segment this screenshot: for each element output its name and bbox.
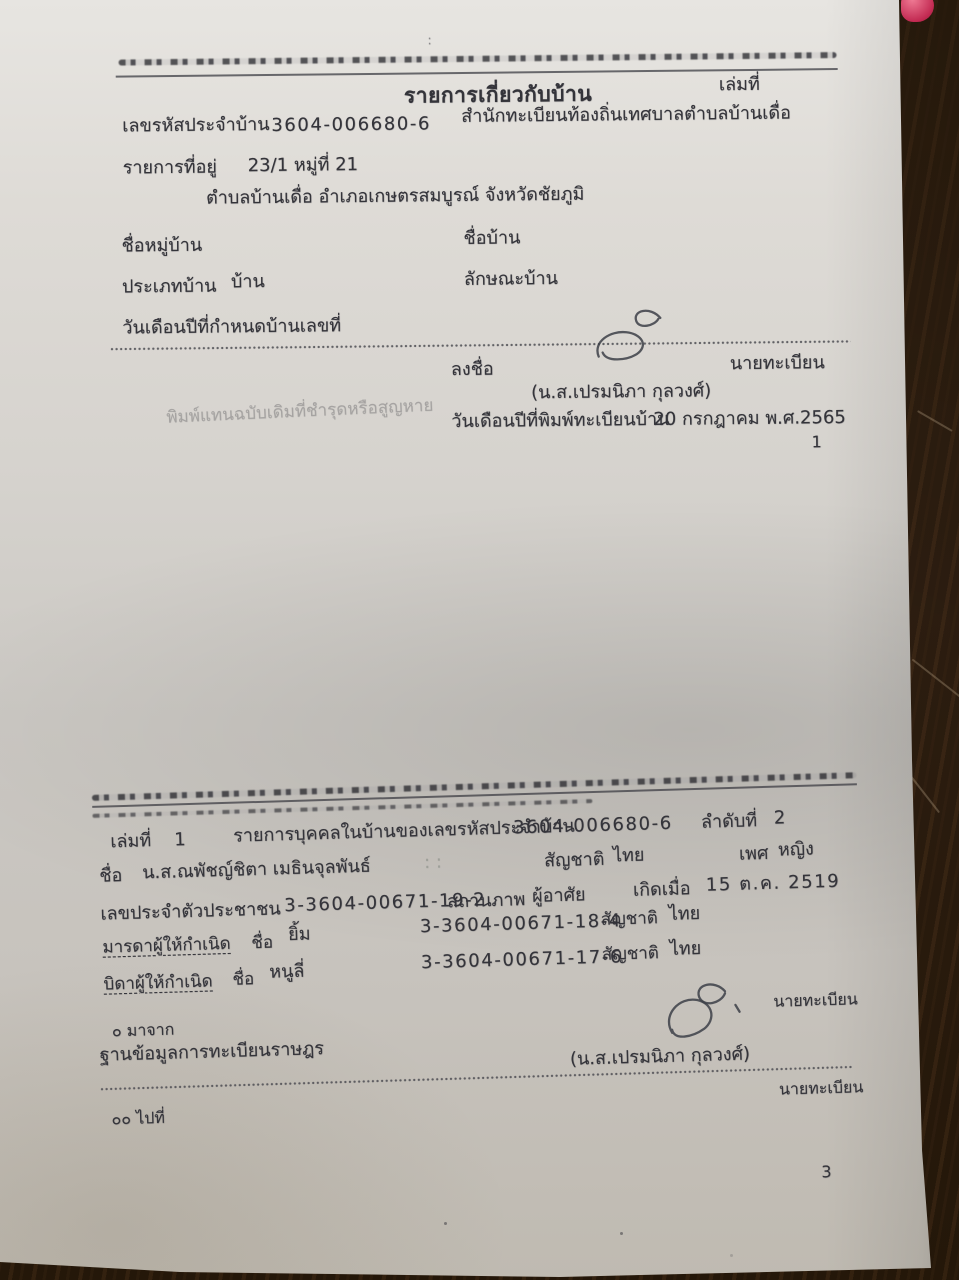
birth-value: 15 ต.ค. 2519 — [706, 871, 841, 897]
sex-value: หญิง — [778, 839, 815, 863]
name-label: ชื่อ — [99, 865, 123, 888]
photo-of-house-registration-document: : รายการเกี่ยวกับบ้าน เล่มที่ เลขรหัสประ… — [0, 0, 959, 1280]
father-name-label: ชื่อ — [232, 969, 254, 991]
page-number-bottom: 3 — [821, 1162, 832, 1182]
registrar-name: (น.ส.เปรมนิภา กุลวงศ์) — [570, 1043, 751, 1071]
to-label: ๐๐ ไปที่ — [111, 1108, 165, 1130]
nationality-value: ไทย — [613, 845, 645, 868]
sex-label: เพศ — [739, 843, 769, 866]
father-id-value: 3-3604-00671-17-6 — [421, 946, 624, 974]
document-paper: : รายการเกี่ยวกับบ้าน เล่มที่ เลขรหัสประ… — [0, 0, 959, 1280]
mother-nationality-label: สัญชาติ — [601, 908, 659, 931]
mother-label: มารดาผู้ให้กำเนิด — [102, 934, 231, 959]
mother-id-value: 3-3604-00671-18-4 — [420, 910, 623, 938]
name-value: น.ส.ณพัชญ์ชิตา เมธินจุลพันธ์ — [142, 856, 371, 885]
mother-name-value: ยิ้ม — [288, 923, 311, 946]
registrar-title-2: นายทะเบียน — [779, 1077, 864, 1099]
wood-scratch — [917, 410, 952, 431]
status-label: สถานภาพ — [447, 889, 526, 914]
father-label: บิดาผู้ให้กำเนิด — [103, 971, 213, 995]
mother-nationality-value: ไทย — [668, 903, 700, 926]
person-house-code: 3604-006680-6 — [513, 813, 673, 840]
citizen-id-label: เลขประจำตัวประชาชน — [100, 898, 281, 926]
registrar-signature — [653, 978, 753, 1053]
paper-speck — [620, 1232, 623, 1235]
photocopy-smudge-line — [92, 799, 592, 818]
person-volume-label: เล่มที่ — [110, 830, 152, 854]
dotted-rule — [101, 1065, 853, 1090]
nationality-label: สัญชาติ — [544, 849, 605, 873]
order-label: ลำดับที่ — [701, 810, 758, 834]
person-volume-value: 1 — [174, 829, 188, 852]
wood-scratch — [912, 659, 959, 703]
mother-name-label: ชื่อ — [251, 933, 273, 955]
paper-speck — [444, 1222, 447, 1225]
birth-label: เกิดเมื่อ — [633, 878, 691, 902]
from-value: ฐานข้อมูลการทะเบียนราษฎร — [99, 1038, 324, 1067]
father-nationality-label: สัญชาติ — [602, 943, 660, 966]
father-name-value: หนูลี่ — [269, 961, 305, 985]
father-nationality-value: ไทย — [669, 938, 701, 961]
paper-speck — [730, 1254, 733, 1257]
from-label: ๐ มาจาก — [112, 1020, 175, 1042]
registrar-title-1: นายทะเบียน — [773, 989, 858, 1011]
order-value: 2 — [774, 807, 788, 830]
person-record-section: เล่มที่ 1 รายการบุคคลในบ้านของเลขรหัสประ… — [0, 0, 959, 1280]
faint-marks: : : — [424, 852, 443, 875]
status-value: ผู้อาศัย — [532, 884, 586, 908]
